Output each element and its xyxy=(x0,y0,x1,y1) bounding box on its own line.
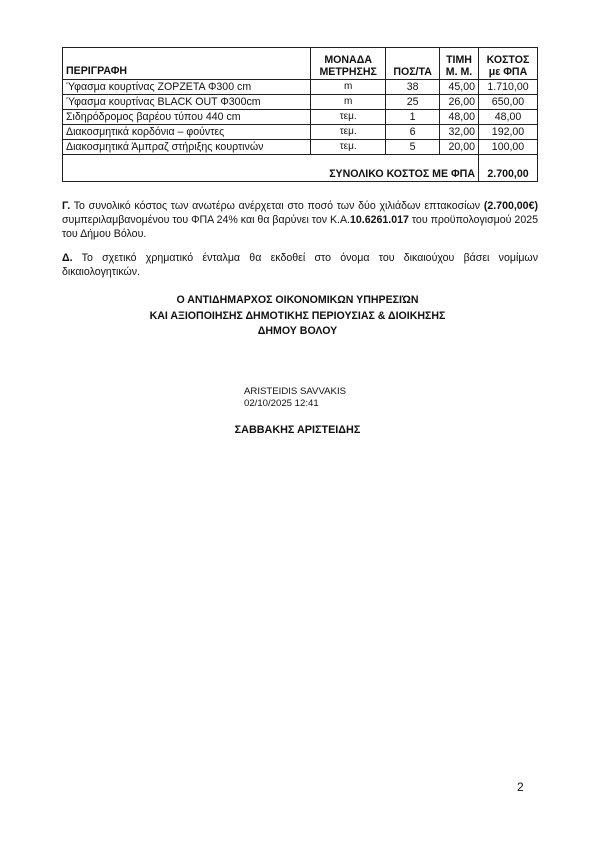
cell-unit: m xyxy=(311,95,386,110)
total-label: ΣΥΝΟΛΙΚΟ ΚΟΣΤΟΣ ΜΕ ΦΠΑ xyxy=(63,155,479,182)
cell-unit: τεμ. xyxy=(311,110,386,125)
total-value: 2.700,00 xyxy=(479,155,538,182)
cell-unit: τεμ. xyxy=(311,140,386,155)
cell-quantity: 1 xyxy=(386,110,440,125)
cell-description: Διακοσμητικά κορδόνια – φούντες xyxy=(63,125,311,140)
cell-quantity: 6 xyxy=(386,125,440,140)
table-row: Διακοσμητικά Άμπραζ στήριξης κουρτινώντε… xyxy=(63,140,538,155)
cell-cost: 100,00 xyxy=(479,140,538,155)
cell-price: 32,00 xyxy=(440,125,479,140)
cell-quantity: 38 xyxy=(386,80,440,95)
page-number: 2 xyxy=(517,780,524,794)
table-row: Διακοσμητικά κορδόνια – φούντεςτεμ.632,0… xyxy=(63,125,538,140)
signatory-name: ΣΑΒΒΑΚΗΣ ΑΡΙΣΤΕΙΔΗΣ xyxy=(0,424,595,436)
header-quantity: ΠΟΣ/ΤΑ xyxy=(386,48,440,80)
header-cost: ΚΟΣΤΟΣμε ΦΠΑ xyxy=(479,48,538,80)
cell-price: 26,00 xyxy=(440,95,479,110)
cell-price: 45,00 xyxy=(440,80,479,95)
cell-cost: 192,00 xyxy=(479,125,538,140)
cell-quantity: 25 xyxy=(386,95,440,110)
cell-description: Διακοσμητικά Άμπραζ στήριξης κουρτινών xyxy=(63,140,311,155)
digital-signature: ARISTEIDIS SAVVAKIS 02/10/2025 12:41 xyxy=(244,386,346,410)
cell-unit: τεμ. xyxy=(311,125,386,140)
cell-cost: 48,00 xyxy=(479,110,538,125)
paragraph-g: Γ. Το συνολικό κόστος των ανωτέρω ανέρχε… xyxy=(62,199,538,241)
header-unit: ΜΟΝΑΔΑΜΕΤΡΗΣΗΣ xyxy=(311,48,386,80)
digital-signer-name: ARISTEIDIS SAVVAKIS xyxy=(244,386,346,398)
table-header-row: ΠΕΡΙΓΡΑΦΗ ΜΟΝΑΔΑΜΕΤΡΗΣΗΣ ΠΟΣ/ΤΑ ΤΙΜΗΜ. Μ… xyxy=(63,48,538,80)
cell-price: 20,00 xyxy=(440,140,479,155)
cell-cost: 1.710,00 xyxy=(479,80,538,95)
cell-cost: 650,00 xyxy=(479,95,538,110)
table-row: Ύφασμα κουρτίνας BLACK OUT Φ300cmm2526,0… xyxy=(63,95,538,110)
header-price: ΤΙΜΗΜ. Μ. xyxy=(440,48,479,80)
cell-description: Ύφασμα κουρτίνας ΖΟΡΖΕΤΑ Φ300 cm xyxy=(63,80,311,95)
cost-table: ΠΕΡΙΓΡΑΦΗ ΜΟΝΑΔΑΜΕΤΡΗΣΗΣ ΠΟΣ/ΤΑ ΤΙΜΗΜ. Μ… xyxy=(62,47,538,182)
cell-price: 48,00 xyxy=(440,110,479,125)
total-row: ΣΥΝΟΛΙΚΟ ΚΟΣΤΟΣ ΜΕ ΦΠΑ 2.700,00 xyxy=(63,155,538,182)
cell-unit: m xyxy=(311,80,386,95)
paragraph-d: Δ. Το σχετικό χρηματικό ένταλμα θα εκδοθ… xyxy=(62,251,538,279)
cell-description: Ύφασμα κουρτίνας BLACK OUT Φ300cm xyxy=(63,95,311,110)
cell-quantity: 5 xyxy=(386,140,440,155)
digital-signature-timestamp: 02/10/2025 12:41 xyxy=(244,398,346,410)
table-row: Ύφασμα κουρτίνας ΖΟΡΖΕΤΑ Φ300 cmm3845,00… xyxy=(63,80,538,95)
cell-description: Σιδηρόδρομος βαρέου τύπου 440 cm xyxy=(63,110,311,125)
table-row: Σιδηρόδρομος βαρέου τύπου 440 cmτεμ.148,… xyxy=(63,110,538,125)
header-description: ΠΕΡΙΓΡΑΦΗ xyxy=(63,48,311,80)
signatory-title: Ο ΑΝΤΙΔΗΜΑΡΧΟΣ ΟΙΚΟΝΟΜΙΚΩΝ ΥΠΗΡΕΣΙΏΝ ΚΑΙ… xyxy=(0,293,595,340)
